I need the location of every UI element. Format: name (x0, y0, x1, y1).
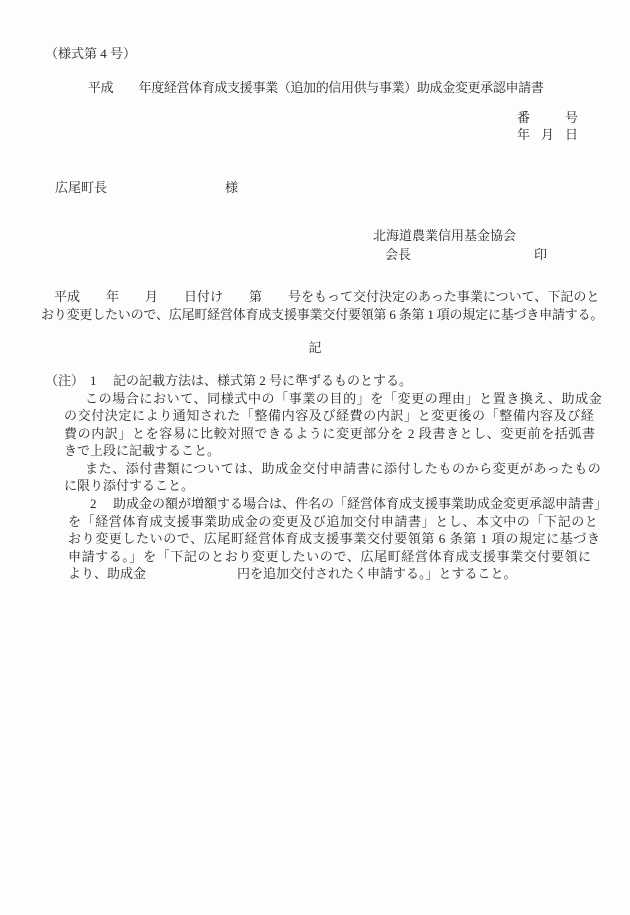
note-1-line-7: に限り添付すること。 (64, 478, 194, 494)
note-2-line-4: 申請する。」を「下記のとおり変更したいので、広尾町経営体育成支援事業交付要領に (68, 549, 592, 565)
reference-number-suffix: 号 (565, 110, 578, 126)
date-month-label: 月 (541, 127, 554, 143)
form-number-label: （様式第 4 号） (45, 46, 136, 62)
note-1-line-6: また、添付書類については、助成金交付申請書に添付したものから変更があったもの (85, 461, 601, 477)
notes-item-2-first-line: 2 助成金の額が増額する場合は、件名の「経営体育成支援事業助成金変更承認申請書」 (90, 496, 607, 512)
note-1-line-1: 記の記載方法は、様式第 2 号に準ずるものとする。 (113, 373, 412, 389)
note-2-line-5: より、助成金 円を追加交付されたく申請する。」とすること。 (68, 566, 517, 582)
note-1-line-3: の交付決定により通知された「整備内容及び経費の内訳」と変更後の「整備内容及び経 (64, 408, 594, 424)
reference-number-line: 番 号 (517, 110, 578, 126)
record-heading: 記 (0, 340, 630, 356)
date-line: 年 月 日 (517, 127, 578, 143)
note-1-line-4: 費の内訳」とを容易に比較対照できるように変更部分を 2 段書きとし、変更前を括弧… (64, 426, 596, 442)
note-2-number: 2 (90, 496, 113, 512)
reference-number-prefix: 番 (517, 110, 530, 126)
note-2-line-1: 助成金の額が増額する場合は、件名の「経営体育成支援事業助成金変更承認申請書」 (113, 496, 607, 512)
body-paragraph-line-1: 平成 年 月 日付け 第 号をもって交付決定のあった事業について、下記のと (41, 289, 599, 305)
note-2-line-2: を「経営体育成支援事業助成金の変更及び追加交付申請書」とし、本文中の「下記のと (68, 514, 598, 530)
applicant-organization: 北海道農業信用基金協会 (373, 228, 516, 244)
date-year-label: 年 (517, 127, 530, 143)
note-2-line-3: おり変更したいので、広尾町経営体育成支援事業交付要領第 6 条第 1 項の規定に… (68, 531, 601, 547)
seal-mark: 印 (534, 247, 547, 263)
applicant-role: 会長 (385, 247, 411, 263)
document-page: （様式第 4 号） 平成 年度経営体育成支援事業（追加的信用供与事業）助成金変更… (0, 0, 630, 915)
date-day-label: 日 (565, 127, 578, 143)
note-1-line-5: きで上段に記載すること。 (64, 443, 220, 459)
notes-item-1-first-line: （注） 1 記の記載方法は、様式第 2 号に準ずるものとする。 (45, 373, 412, 389)
note-1-line-2: この場合において、同様式中の「事業の目的」を「変更の理由」と置き換え、助成金 (85, 391, 602, 407)
body-paragraph-line-2: おり変更したいので、広尾町経営体育成支援事業交付要領第 6 条第 1 項の規定に… (41, 307, 603, 323)
notes-label: （注） (45, 373, 90, 389)
addressee-honorific: 様 (225, 180, 238, 196)
addressee-name: 広尾町長 (55, 180, 107, 196)
document-title: 平成 年度経営体育成支援事業（追加的信用供与事業）助成金変更承認申請書 (88, 80, 543, 96)
note-1-number: 1 (90, 373, 113, 389)
